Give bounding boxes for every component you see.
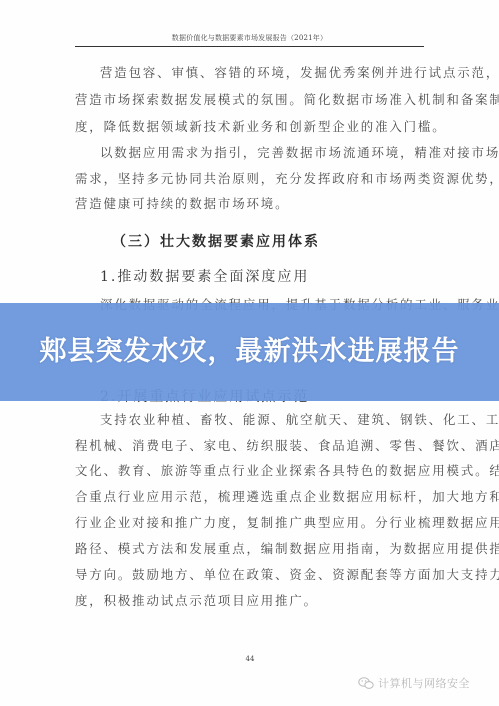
page-number: 44 xyxy=(238,655,262,663)
paragraph-line: 导方向。鼓励地方、单位在政策、资金、资源配套等方面加大支持力 xyxy=(75,567,425,583)
paragraph-line: 以数据应用需求为指引，完善数据市场流通环境，精准对接市场 xyxy=(100,145,425,161)
watermark-text: 计算机与网络安全 xyxy=(378,675,470,691)
section-heading: （三）壮大数据要素应用体系 xyxy=(112,231,320,251)
paragraph-line: 路径、模式方法和发展重点，编制数据应用指南，为数据应用提供指 xyxy=(75,541,425,557)
document-page: 数据价值化与数据要素市场发展报告（2021年） 营造包容、审慎、容错的环境，发掘… xyxy=(0,0,499,706)
paragraph-line: 度，积极推动试点示范项目应用推广。 xyxy=(75,593,425,609)
paragraph-line: 程机械、消费电子、家电、纺织服装、食品追溯、零售、餐饮、酒店、 xyxy=(75,438,425,454)
subheading-1: 1.推动数据要素全面深度应用 xyxy=(100,266,309,286)
wechat-icon xyxy=(358,676,374,690)
paragraph-line: 需求，坚持多元协同共治原则，充分发挥政府和市场两类资源优势， xyxy=(75,171,425,187)
running-header: 数据价值化与数据要素市场发展报告（2021年） xyxy=(75,33,424,43)
paragraph-line: 行业企业对接和推广力度，复制推广典型应用。分行业梳理数据应用 xyxy=(75,515,425,531)
paragraph-line: 营造包容、审慎、容错的环境，发掘优秀案例并进行试点示范， xyxy=(100,65,425,81)
header-rule xyxy=(75,46,424,47)
paragraph-line: 度，降低数据领域新技术新业务和创新型企业的准入门槛。 xyxy=(75,119,425,135)
paragraph-line: 合重点行业应用示范，梳理遴选重点企业数据应用标杆，加大地方和 xyxy=(75,489,425,505)
watermark: 计算机与网络安全 xyxy=(358,675,470,691)
title-banner: 郏县突发水灾，最新洪水进展报告 xyxy=(0,303,499,401)
banner-title: 郏县突发水灾，最新洪水进展报告 xyxy=(35,335,465,369)
paragraph-line: 文化、教育、旅游等重点行业企业探索各具特色的数据应用模式。结 xyxy=(75,463,425,479)
paragraph-line: 营造健康可持续的数据市场环境。 xyxy=(75,196,425,212)
paragraph-line: 营造市场探索数据发展模式的氛围。简化数据市场准入机制和备案制 xyxy=(75,92,425,108)
paragraph-line: 支持农业种植、畜牧、能源、航空航天、建筑、钢铁、化工、工 xyxy=(100,412,425,428)
